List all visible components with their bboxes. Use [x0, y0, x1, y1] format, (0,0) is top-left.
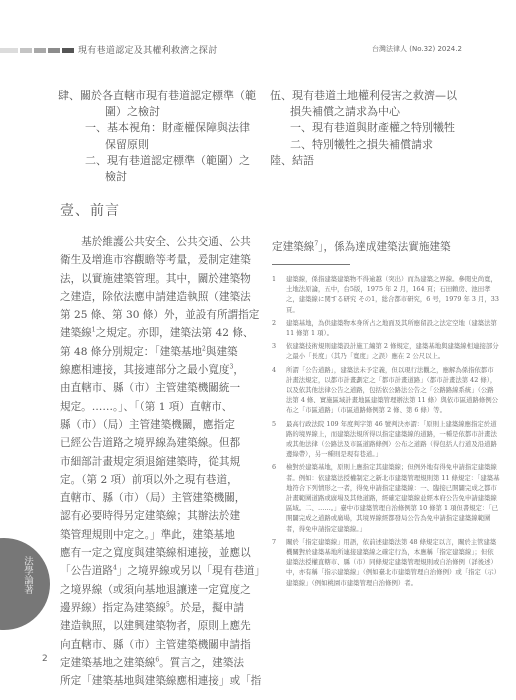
footnote-item: 6檢對於建築基地，原則上應指定其建築線；但例外地有得免申請指定建築線者。例如：依… — [272, 462, 500, 533]
toc-entry: 二、現有巷道認定標準（範圍）之 — [58, 153, 278, 169]
toc-entry: 二、特別犧牲之損失補償請求 — [270, 137, 500, 153]
footnote-item: 1建築線，係指建築建築物不得逾越（突出）而為建築之界線。參閱史尚寬，土地法原論，… — [272, 274, 500, 315]
body-line: 規定。……。」、「（第 1 項）直轄市、 — [60, 398, 264, 416]
footnote-text: 關於「指定建築線」用語，依前述建築法第 48 條規定以言，關於主管建築機關對於建… — [286, 537, 500, 588]
footnote-item: 3依建築技術規則建築設計施工編第 2 條規定，建築基地與建築線相連接部分之最小「… — [272, 341, 500, 361]
footnote-number: 2 — [272, 318, 286, 338]
body-line: 由直轄市、縣（市）主管建築機關統一 — [60, 379, 264, 397]
footnote-ref[interactable]: 7 — [314, 240, 318, 247]
footnote-ref[interactable]: 3 — [230, 364, 234, 371]
footnote-text: 檢對於建築基地，原則上應指定其建築線；但例外地有得免申請指定建築線者。例如：依建… — [286, 462, 500, 533]
body-line: 之境界線（或須向基地退讓達一定寬度之 — [60, 581, 264, 599]
body-line: 基於維護公共安全、公共交通、公共 — [60, 233, 264, 251]
body-line: 縣（市）（局）主管建築機關，應指定 — [60, 416, 264, 434]
toc-entry: 檢討 — [58, 169, 278, 185]
body-line: 「公告道路4」之境界線或另以「現有巷道」 — [60, 562, 264, 580]
body-line: 定建築基地之建築線6。質言之，建築法 — [60, 654, 264, 672]
footnote-number: 3 — [272, 341, 286, 361]
article-running-title: 現有巷道認定及其權利救濟之探討 — [78, 43, 218, 56]
header-bar — [34, 48, 46, 53]
body-line: 市細部計畫規定須退縮建築時，從其規 — [60, 453, 264, 471]
body-line: 築管理規則中定之。」準此，建築基地 — [60, 526, 264, 544]
body-line: 已經公告道路之境界線為建築線。但都 — [60, 434, 264, 452]
toc-entry: 伍、現有巷道土地權利侵害之救濟—以 — [270, 88, 500, 104]
toc-entry: 一、基本視角：財產權保障與法律 — [58, 120, 278, 136]
toc-entry: 肆、關於各直轄市現有巷道認定標準（範 — [58, 88, 278, 104]
toc-entry: 一、現有巷道與財產權之特別犧牲 — [270, 120, 500, 136]
body-line: 定。（第 2 項）前項以外之現有巷道， — [60, 471, 264, 489]
body-text-column: 基於維護公共安全、公共交通、公共衛生及增進市容觀瞻等考量，爰制定建築法，以實施建… — [60, 233, 264, 690]
journal-issue: 台灣法律人 (No.32) 2024.2 — [372, 44, 462, 54]
body-line: 應有一定之寬度與建築線相連接，並應以 — [60, 544, 264, 562]
header-bar — [20, 48, 32, 53]
body-text-continuation: 定建築線7」，係為達成建築法實施建築 — [272, 239, 451, 254]
body-line: 之建造，除依法應申請建造執照（建築法 — [60, 288, 264, 306]
footnote-ref[interactable]: 2 — [202, 345, 206, 352]
footnote-number: 5 — [272, 419, 286, 460]
toc-entry: 陸、結語 — [270, 153, 500, 169]
header-decor-bars — [0, 48, 74, 53]
footnote-text: 依建築技術規則建築設計施工編第 2 條規定，建築基地與建築線相連接部分之最小「長… — [286, 341, 500, 361]
footnote-text: 最高行政法院 109 年度判字第 46 號判決亦謂：「原則上建築線應指定於道路的… — [286, 419, 500, 460]
toc-right-column: 伍、現有巷道土地權利侵害之救濟—以損失補償之請求為中心一、現有巷道與財產權之特別… — [270, 88, 500, 169]
footnote-number: 7 — [272, 537, 286, 588]
body-line: 法，以實施建築管理。其中，關於建築物 — [60, 270, 264, 288]
toc-left-column: 肆、關於各直轄市現有巷道認定標準（範圍）之檢討一、基本視角：財產權保障與法律保留… — [58, 88, 278, 185]
footnote-text: 建築基地，為供建築物本身所占之地面及其所應留設之法定空地（建築法第 11 條第 … — [286, 318, 500, 338]
footnote-number: 1 — [272, 274, 286, 315]
body-line: 所定「建築基地與建築線應相連接」或「指 — [60, 672, 264, 690]
toc-entry: 保留原則 — [58, 137, 278, 153]
header-bar — [0, 48, 18, 53]
header-bar — [48, 48, 60, 53]
body-line: 向直轄市、縣（市）主管建築機關申請指 — [60, 636, 264, 654]
footnote-ref[interactable]: 6 — [155, 656, 159, 663]
body-line: 第 25 條、第 30 條）外，並設有所謂指定 — [60, 306, 264, 324]
footnote-divider — [272, 264, 350, 265]
body-line: 第 48 條分別規定：「建築基地2與建築 — [60, 343, 264, 361]
footnote-item: 7關於「指定建築線」用語，依前述建築法第 48 條規定以言，關於主管建築機關對於… — [272, 537, 500, 588]
footnote-number: 6 — [272, 462, 286, 533]
footnote-ref[interactable]: 4 — [113, 565, 117, 572]
body-line: 建造執照，以建興建築物者，原則上應先 — [60, 617, 264, 635]
footnote-item: 5最高行政法院 109 年度判字第 46 號判決亦謂：「原則上建築線應指定於道路… — [272, 419, 500, 460]
page-number: 2 — [42, 654, 48, 664]
footnote-number: 4 — [272, 365, 286, 416]
footnote-ref[interactable]: 1 — [92, 327, 96, 334]
footnotes: 1建築線，係指建築建築物不得逾越（突出）而為建築之界線。參閱史尚寬，土地法原論，… — [272, 274, 500, 591]
running-header: 現有巷道認定及其權利救濟之探討 台灣法律人 (No.32) 2024.2 — [0, 41, 516, 57]
section-heading: 壹、前言 — [60, 200, 120, 220]
header-bar — [62, 48, 74, 53]
footnote-ref[interactable]: 5 — [166, 601, 170, 608]
body-line: 直轄市、縣（市）（局）主管建築機關， — [60, 489, 264, 507]
body-line: 衛生及增進市容觀瞻等考量，爰制定建築 — [60, 251, 264, 269]
body-line: 邊界線）指定為建築線5。於是，擬申請 — [60, 599, 264, 617]
body-line: 認有必要時得另定建築線；其辦法於建 — [60, 507, 264, 525]
footnote-item: 4所謂「公告道路」，建築法未予定義，但以現行法觀之，應解為係指依都市計畫法規定，… — [272, 365, 500, 416]
body-line: 線應相連接，其接連部分之最小寬度3， — [60, 361, 264, 379]
footnote-text: 建築線，係指建築建築物不得逾越（突出）而為建築之界線。參閱史尚寬，土地法原論，五… — [286, 274, 500, 315]
footnote-text: 所謂「公告道路」，建築法未予定義，但以現行法觀之，應解為係指依都市計畫法規定，以… — [286, 365, 500, 416]
toc-entry: 圍）之檢討 — [58, 104, 278, 120]
section-side-label: 法學論著 — [21, 556, 33, 594]
body-line: 建築線1之規定。亦即，建築法第 42 條、 — [60, 324, 264, 342]
toc-entry: 損失補償之請求為中心 — [270, 104, 500, 120]
footnote-item: 2建築基地，為供建築物本身所占之地面及其所應留設之法定空地（建築法第 11 條第… — [272, 318, 500, 338]
